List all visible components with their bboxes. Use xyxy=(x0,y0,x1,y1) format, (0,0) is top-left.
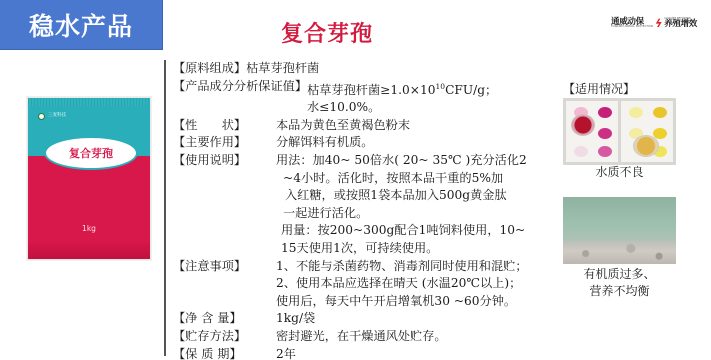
vertical-divider xyxy=(164,60,166,356)
spec-indent xyxy=(173,205,283,223)
spec-row-net-content: 【净 含 量】 1kg/袋 xyxy=(173,310,568,328)
brand-left-en: TONGWEI ANIMAL PROTECTION xyxy=(611,26,653,29)
spec-value-part: CFU/g； xyxy=(445,83,497,97)
lightning-icon: ϟ xyxy=(653,17,664,30)
spec-value: 分解饵料有机质。 xyxy=(276,134,374,152)
spec-row-continuation: 入红糖，或按照1袋本品加入500g黄金肽 xyxy=(173,187,568,205)
spec-value: 用量：按200~300g配合1吨饲料使用，10~ xyxy=(281,222,525,240)
brand-logo: 通威动保 TONGWEI ANIMAL PROTECTION ϟ CULTURE… xyxy=(611,13,697,33)
spec-value: 水≤10.0%。 xyxy=(307,99,380,117)
package-shade xyxy=(28,241,150,259)
spec-key: 【原料组成】 xyxy=(173,60,246,78)
spec-indent xyxy=(173,187,285,205)
water-test-photo xyxy=(563,98,676,165)
spec-value: 本品为黄色至黄褐色粉末 xyxy=(276,117,410,135)
pond-photo xyxy=(563,197,676,264)
spec-key: 【主要作用】 xyxy=(173,134,276,152)
company-logo-icon xyxy=(38,113,45,120)
pond-shore xyxy=(563,238,676,264)
spec-indent xyxy=(173,240,281,258)
usage-section-title: 【适用情况】 xyxy=(563,80,635,97)
spec-value: 2、使用本品应选择在晴天 (水温20℃以上)； xyxy=(276,275,521,293)
color-dot xyxy=(574,146,588,157)
product-spec-list: 【原料组成】 枯草芽孢杆菌 【产品成分分析保证值】 枯草芽孢杆菌≥1.0×101… xyxy=(173,60,568,360)
spec-value-exponent: 10 xyxy=(436,82,446,91)
package-weight: 1kg xyxy=(28,224,150,233)
package-logo: 三麦科技 xyxy=(38,113,66,120)
test-card-yellow xyxy=(621,101,673,162)
spec-row-guaranteed-analysis: 【产品成分分析保证值】 枯草芽孢杆菌≥1.0×1010CFU/g； xyxy=(173,78,568,100)
spec-row-continuation: 15天使用1次，可持续使用。 xyxy=(173,240,568,258)
color-dot xyxy=(629,107,643,118)
spec-value: 枯草芽孢杆菌≥1.0×1010CFU/g； xyxy=(307,78,497,100)
spec-row-storage: 【贮存方法】 密封避光，在干燥通风处贮存。 xyxy=(173,328,568,346)
spec-key: 【保 质 期】 xyxy=(173,346,276,360)
caption-organic-matter-line2: 营养不均衡 xyxy=(563,283,676,300)
spec-value: 2年 xyxy=(276,346,296,360)
spec-value: ~4小时。活化时，按照本品干重的5%加 xyxy=(283,170,503,188)
spec-indent xyxy=(173,222,281,240)
color-dot xyxy=(653,107,667,118)
spec-row-shelf-life: 【保 质 期】 2年 xyxy=(173,346,568,360)
spec-value: 入红糖，或按照1袋本品加入500g黄金肽 xyxy=(285,187,507,205)
spec-value: 密封避光，在干燥通风处贮存。 xyxy=(276,328,447,346)
spec-row-continuation: 用量：按200~300g配合1吨饲料使用，10~ xyxy=(173,222,568,240)
spec-key: 【贮存方法】 xyxy=(173,328,276,346)
caption-organic-matter-line1: 有机质过多、 xyxy=(563,266,676,283)
section-badge: 稳水产品 xyxy=(0,0,163,50)
spec-indent xyxy=(173,293,276,311)
spec-value: 一起进行活化。 xyxy=(283,205,368,223)
color-dot xyxy=(598,107,612,118)
product-package-image: 三麦科技 复合芽孢 1kg xyxy=(27,97,151,260)
spec-value: 用法：加40~ 50倍水( 20~ 35℃ )充分活化2 xyxy=(276,152,527,170)
spec-value: 1kg/袋 xyxy=(276,310,315,328)
spec-row-usage: 【使用说明】 用法：加40~ 50倍水( 20~ 35℃ )充分活化2 xyxy=(173,152,568,170)
page-title: 复合芽孢 xyxy=(281,17,373,48)
spec-row-continuation: 使用后，每天中午开启增氧机30 ~60分钟。 xyxy=(173,293,568,311)
spec-value: 枯草芽孢杆菌 xyxy=(246,60,319,78)
spec-key: 【注意事项】 xyxy=(173,258,276,276)
color-dot xyxy=(598,128,612,139)
spec-row-continuation: 2、使用本品应选择在晴天 (水温20℃以上)； xyxy=(173,275,568,293)
spec-key: 【使用说明】 xyxy=(173,152,276,170)
caption-water-quality: 水质不良 xyxy=(563,164,676,181)
spec-value: 1、不能与杀菌药物、消毒剂同时使用和混贮； xyxy=(276,258,528,276)
test-card-pink xyxy=(566,101,618,162)
spec-value: 使用后，每天中午开启增氧机30 ~60分钟。 xyxy=(276,293,516,311)
sample-cup xyxy=(571,114,595,136)
package-label: 复合芽孢 xyxy=(44,136,138,170)
spec-row-continuation: 水≤10.0%。 xyxy=(173,99,568,117)
spec-key: 【净 含 量】 xyxy=(173,310,276,328)
spec-row-function: 【主要作用】 分解饵料有机质。 xyxy=(173,134,568,152)
spec-row-ingredients: 【原料组成】 枯草芽孢杆菌 xyxy=(173,60,568,78)
spec-row-continuation: 一起进行活化。 xyxy=(173,205,568,223)
spec-indent xyxy=(173,99,307,117)
spec-value: 15天使用1次，可持续使用。 xyxy=(281,240,438,258)
spec-row-continuation: ~4小时。活化时，按照本品干重的5%加 xyxy=(173,170,568,188)
spec-row-appearance: 【性 状】 本品为黄色至黄褐色粉末 xyxy=(173,117,568,135)
spec-value-part: 枯草芽孢杆菌≥1.0×10 xyxy=(307,83,435,97)
sample-cup xyxy=(633,135,659,157)
spec-indent xyxy=(173,170,283,188)
spec-key: 【性 状】 xyxy=(173,117,276,135)
spec-row-precautions: 【注意事项】 1、不能与杀菌药物、消毒剂同时使用和混贮； xyxy=(173,258,568,276)
spec-key: 【产品成分分析保证值】 xyxy=(173,78,307,100)
brand-right-cn: 养殖增效 xyxy=(664,20,697,29)
package-brand-text: 三麦科技 xyxy=(48,114,66,119)
spec-indent xyxy=(173,275,276,293)
color-dot xyxy=(598,146,612,157)
